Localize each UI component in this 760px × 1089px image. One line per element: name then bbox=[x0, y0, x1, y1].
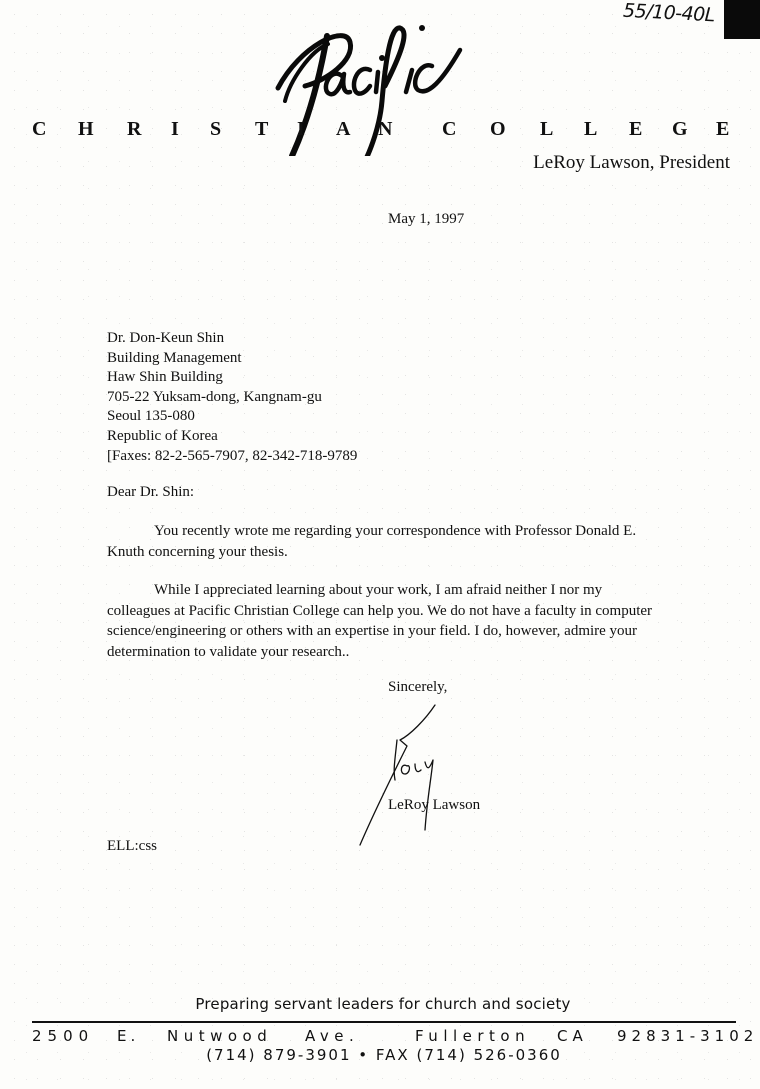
footer-tagline: Preparing servant leaders for church and… bbox=[0, 995, 760, 1013]
institution-letter: A bbox=[336, 118, 350, 141]
paragraph-line: colleagues at Pacific Christian College … bbox=[107, 601, 687, 622]
institution-letter: L bbox=[540, 118, 553, 141]
institution-letter: H bbox=[78, 118, 94, 141]
footer-address: 2500 E. Nutwood Ave. Fullerton CA 92831-… bbox=[32, 1027, 740, 1047]
paragraph-line: determination to validate your research.… bbox=[107, 642, 687, 663]
footer-phone-fax: (714) 879-3901 • FAX (714) 526-0360 bbox=[0, 1046, 760, 1064]
salutation: Dear Dr. Shin: bbox=[107, 484, 194, 501]
address-part: Ave. bbox=[305, 1027, 359, 1045]
institution-letter: C bbox=[442, 118, 456, 141]
institution-letter: T bbox=[255, 118, 268, 141]
reference-initials: ELL:css bbox=[107, 838, 157, 855]
closing: Sincerely, bbox=[388, 679, 447, 696]
institution-letter: E bbox=[629, 118, 642, 141]
institution-letter: S bbox=[210, 118, 221, 141]
institution-letter: R bbox=[127, 118, 141, 141]
address-part: 92831-3102 bbox=[617, 1027, 758, 1045]
footer-divider bbox=[32, 1021, 736, 1023]
address-line: 705-22 Yuksam-dong, Kangnam-gu bbox=[107, 388, 357, 408]
address-part: CA bbox=[557, 1027, 588, 1045]
president-line: LeRoy Lawson, President bbox=[533, 152, 730, 174]
institution-letter: L bbox=[584, 118, 597, 141]
institution-letter: I bbox=[297, 118, 305, 141]
institution-letter: I bbox=[171, 118, 179, 141]
recipient-address: Dr. Don-Keun Shin Building Management Ha… bbox=[107, 329, 357, 466]
institution-letter: C bbox=[32, 118, 46, 141]
address-line: [Faxes: 82-2-565-7907, 82-342-718-9789 bbox=[107, 447, 357, 467]
paragraph-line: You recently wrote me regarding your cor… bbox=[154, 523, 636, 539]
signer-name: LeRoy Lawson bbox=[388, 797, 480, 814]
paragraph-line: Knuth concerning your thesis. bbox=[107, 542, 687, 563]
address-line: Haw Shin Building bbox=[107, 368, 357, 388]
institution-letter: E bbox=[716, 118, 729, 141]
body-paragraph: While I appreciated learning about your … bbox=[107, 580, 687, 662]
address-part: 2500 bbox=[32, 1027, 94, 1045]
institution-letter: G bbox=[672, 118, 688, 141]
address-part: Nutwood bbox=[167, 1027, 272, 1045]
address-line: Building Management bbox=[107, 349, 357, 369]
scan-corner-mark bbox=[724, 0, 760, 39]
address-part: Fullerton bbox=[415, 1027, 530, 1045]
paragraph-line: While I appreciated learning about your … bbox=[154, 582, 602, 598]
letter-date: May 1, 1997 bbox=[388, 211, 464, 228]
handwritten-signature bbox=[355, 700, 475, 850]
address-line: Republic of Korea bbox=[107, 427, 357, 447]
body-paragraph: You recently wrote me regarding your cor… bbox=[107, 521, 687, 562]
address-line: Dr. Don-Keun Shin bbox=[107, 329, 357, 349]
institution-letter: N bbox=[378, 118, 392, 141]
paragraph-line: science/engineering or others with an ex… bbox=[107, 621, 687, 642]
institution-name: C H R I S T I A N C O L L E G E bbox=[0, 118, 760, 148]
address-part: E. bbox=[117, 1027, 139, 1045]
address-line: Seoul 135-080 bbox=[107, 407, 357, 427]
institution-letter: O bbox=[490, 118, 506, 141]
